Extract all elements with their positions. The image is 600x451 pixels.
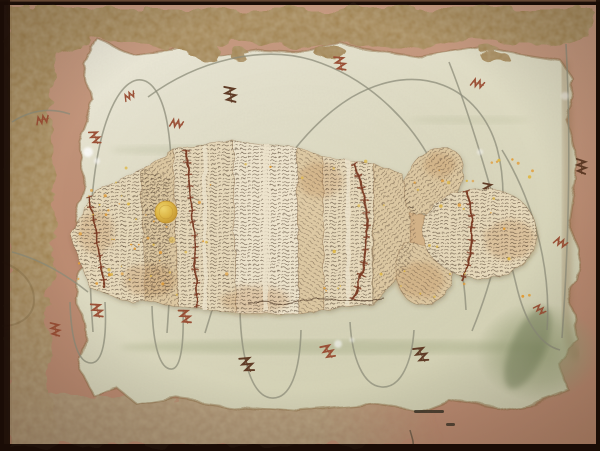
artwork-photo (0, 0, 600, 451)
artwork-canvas (0, 0, 600, 451)
vignette (0, 0, 600, 451)
